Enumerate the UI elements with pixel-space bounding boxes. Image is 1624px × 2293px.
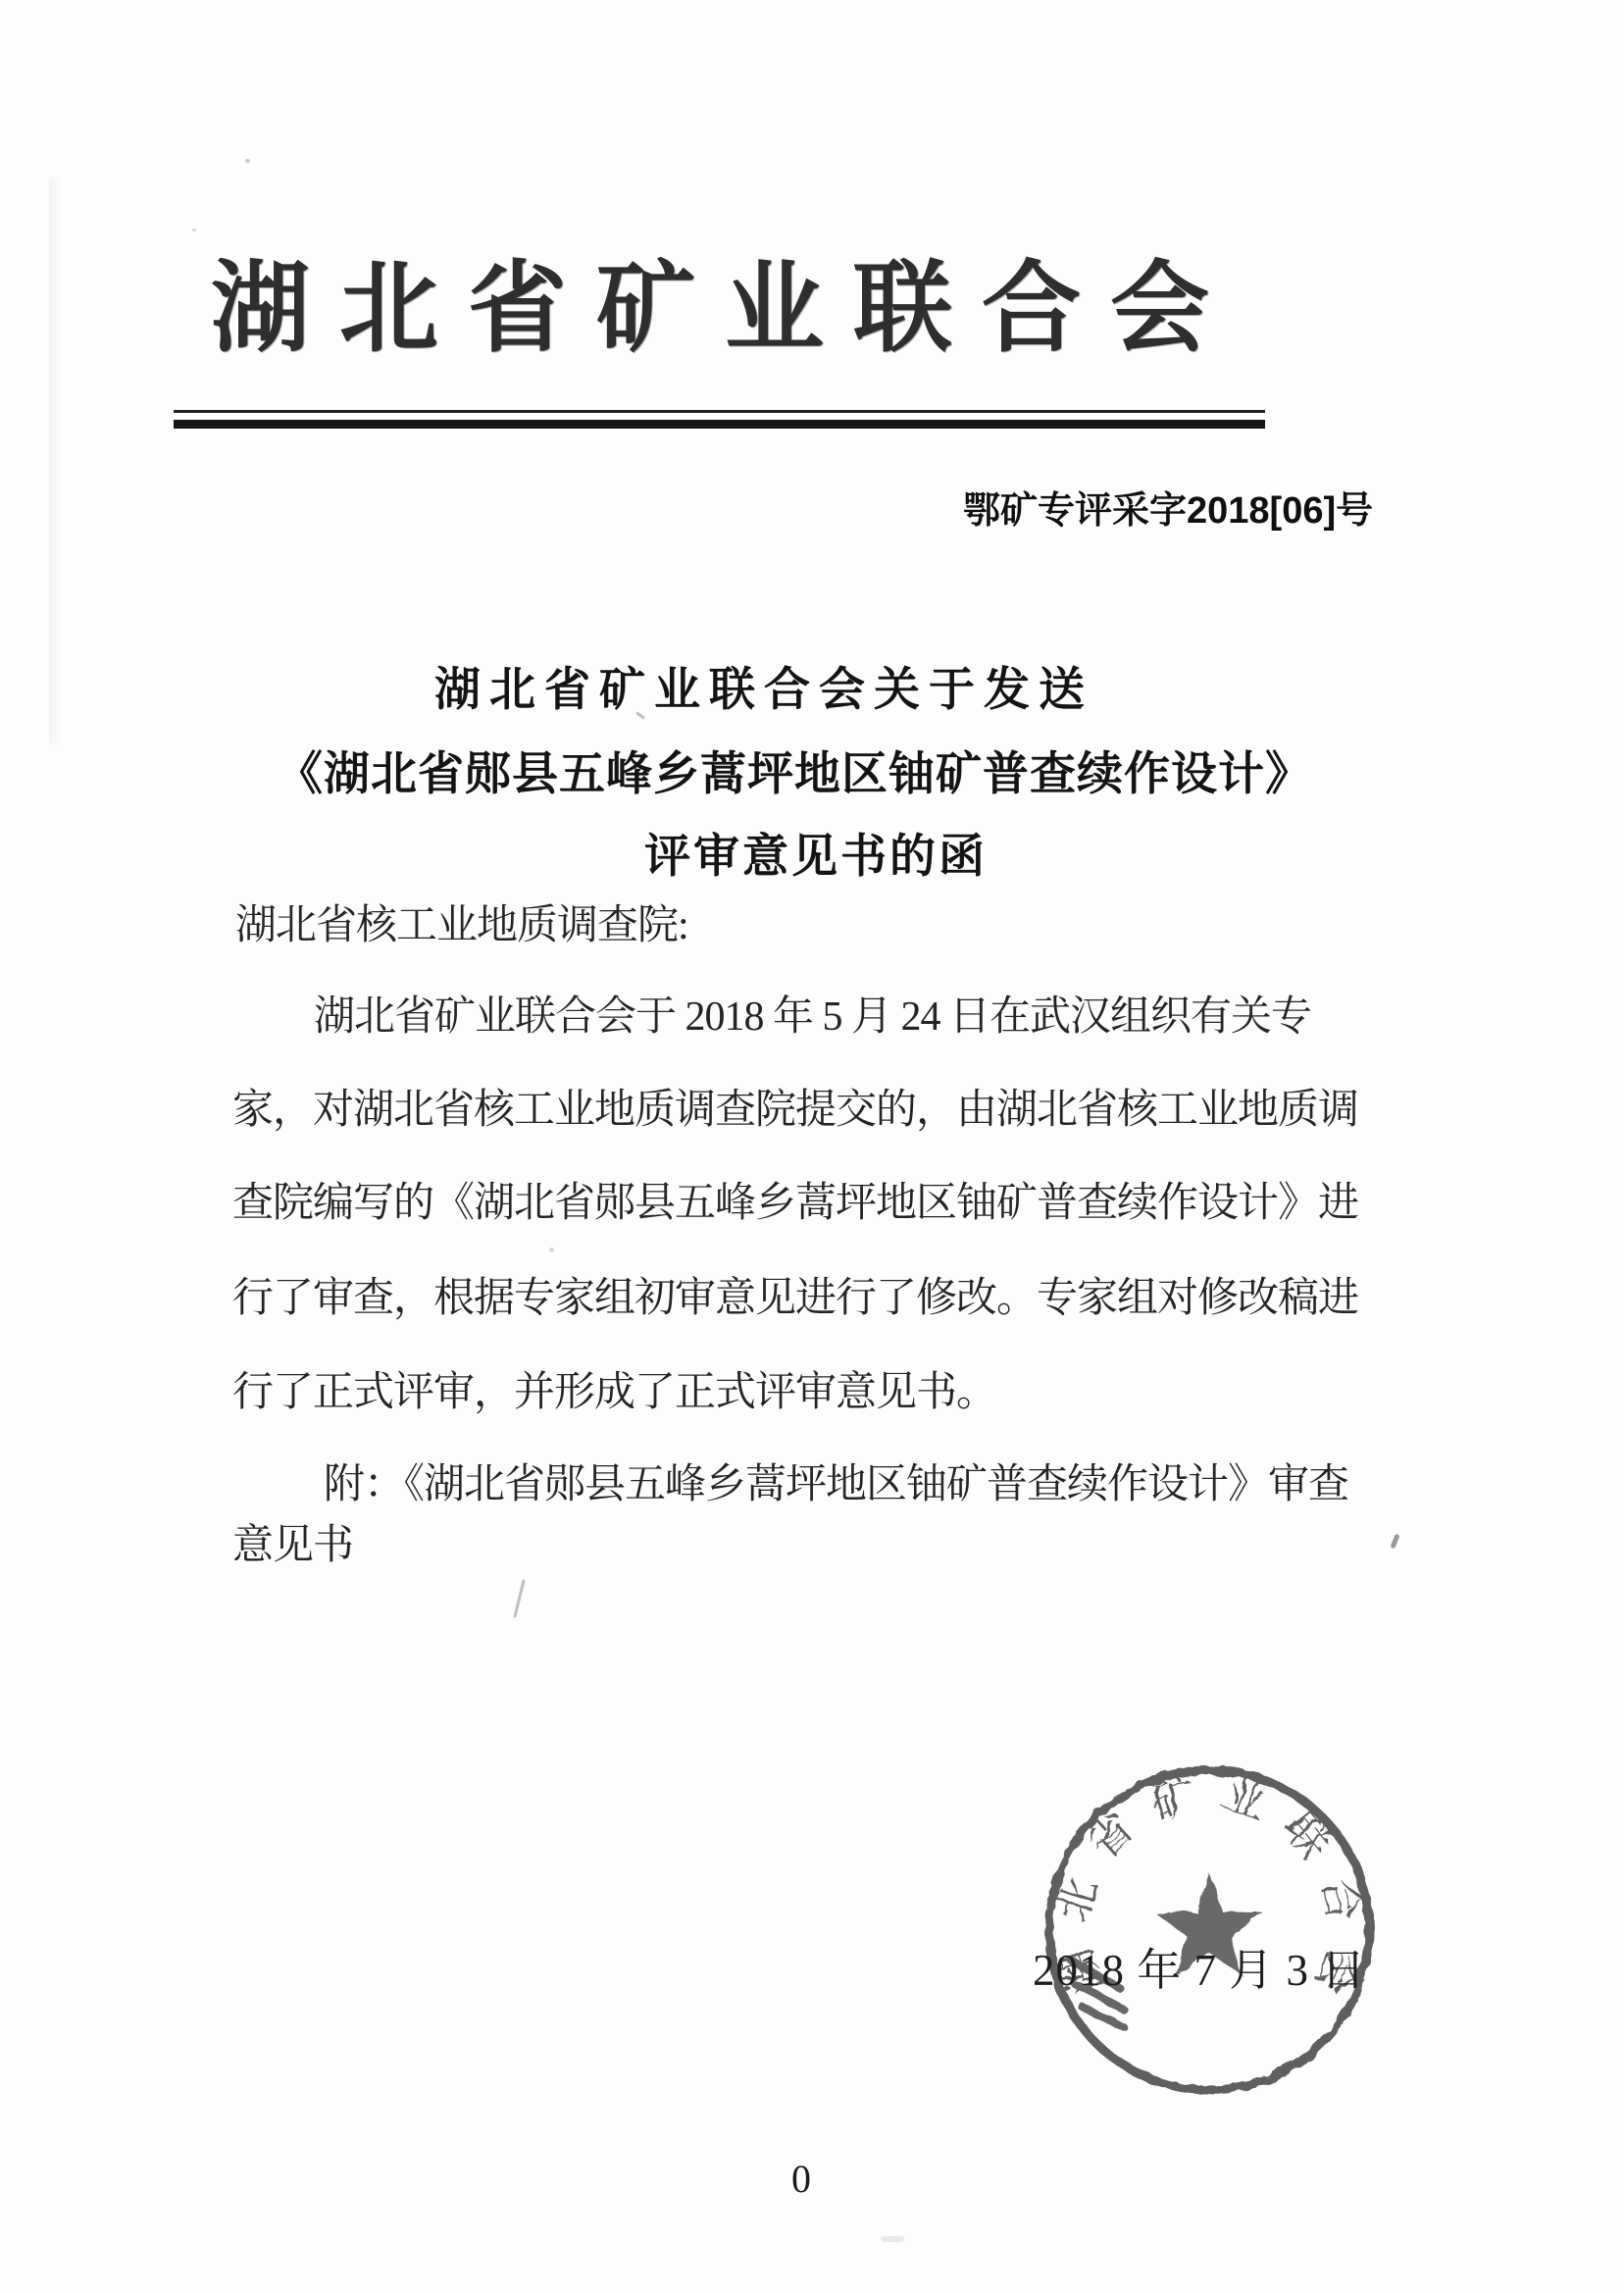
scan-edge-streak (49, 177, 61, 745)
body-line: 行了正式评审，并形成了正式评审意见书。 (232, 1369, 996, 1416)
date-line: 2018 年 7 月 3 日 (1033, 1934, 1366, 1998)
subject-title-line-3: 评审意见书的函 (644, 820, 988, 886)
scanned-letter-page: 湖北省矿业联合会 鄂矿专评采字2018[06]号 湖北省矿业联合会关于发送 《湖… (0, 0, 1624, 2293)
subject-title-line-1: 湖北省矿业联合会关于发送 (434, 653, 1093, 719)
scan-artifact (245, 159, 250, 163)
body-line: 家，对湖北省核工业地质调查院提交的，由湖北省核工业地质调 (232, 1087, 1358, 1134)
scan-artifact (549, 1248, 554, 1252)
body-line: 行了审查，根据专家组初审意见进行了修改。专家组对修改稿进 (232, 1275, 1358, 1322)
official-seal: 湖北省矿业联合会 (1023, 1744, 1396, 2116)
subject-title-line-2: 《湖北省郧县五峰乡蒿坪地区铀矿普查续作设计》 (277, 738, 1312, 803)
page-number: 0 (780, 2156, 823, 2202)
letterhead-rule-thin (174, 410, 1265, 413)
scan-artifact-pen-stroke (513, 1579, 526, 1618)
body-line: 湖北省矿业联合会于 2018 年 5 月 24 日在武汉组织有关专 (314, 994, 1311, 1041)
letterhead-org-name: 湖北省矿业联合会 (211, 251, 1239, 367)
body-line: 查院编写的《湖北省郧县五峰乡蒿坪地区铀矿普查续作设计》进 (232, 1180, 1358, 1227)
letterhead-rule-thick (174, 420, 1265, 429)
scan-artifact (192, 229, 196, 231)
attachment-line: 附：《湖北省郧县五峰乡蒿坪地区铀矿普查续作设计》审查 (324, 1461, 1348, 1508)
salutation: 湖北省核工业地质调查院: (235, 902, 688, 949)
scan-artifact-tick (1390, 1534, 1399, 1550)
scan-artifact (881, 2236, 904, 2242)
document-number: 鄂矿专评采字2018[06]号 (963, 489, 1373, 533)
attachment-line: 意见书 (232, 1522, 353, 1569)
